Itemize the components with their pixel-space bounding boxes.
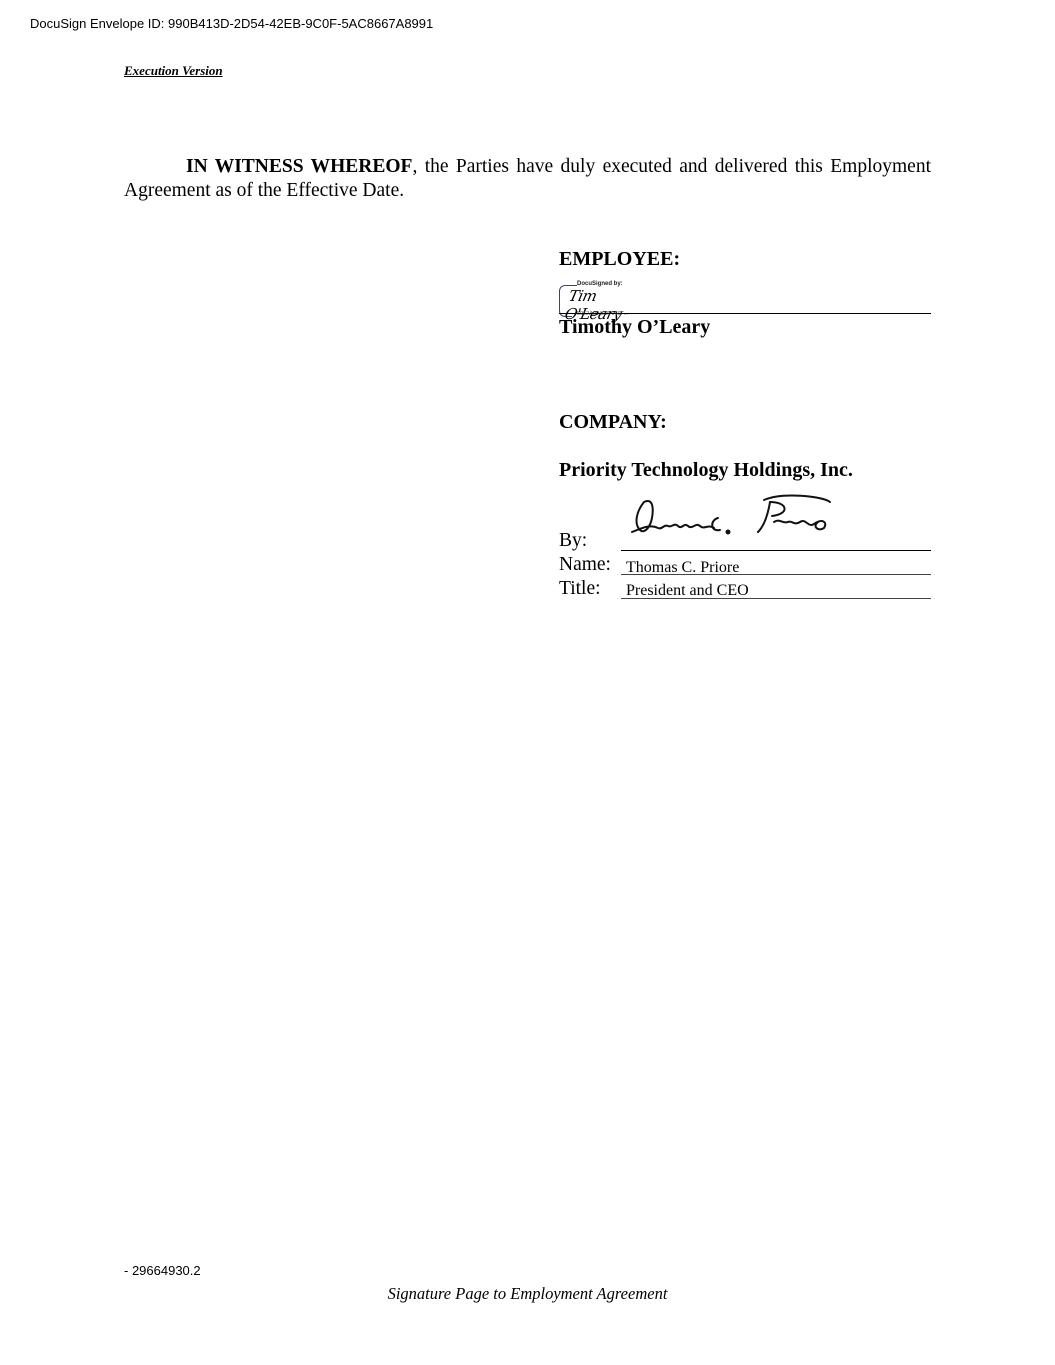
company-signature: Thomas C. Priore bbox=[622, 488, 842, 546]
employee-name: Timothy O’Leary bbox=[559, 316, 710, 339]
witness-paragraph: IN WITNESS WHEREOF, the Parties have dul… bbox=[124, 155, 931, 203]
employee-signature-line bbox=[559, 313, 931, 314]
docusign-rule bbox=[569, 285, 577, 286]
name-line bbox=[621, 574, 931, 575]
name-label: Name: bbox=[559, 554, 611, 576]
company-heading: COMPANY: bbox=[559, 411, 667, 434]
docusign-envelope-id: DocuSign Envelope ID: 990B413D-2D54-42EB… bbox=[30, 16, 433, 31]
company-name: Priority Technology Holdings, Inc. bbox=[559, 459, 853, 482]
employee-heading: EMPLOYEE: bbox=[559, 248, 680, 271]
footer-caption: Signature Page to Employment Agreement bbox=[0, 1284, 1055, 1304]
document-number: - 29664930.2 bbox=[124, 1263, 201, 1278]
title-label: Title: bbox=[559, 578, 601, 600]
by-label: By: bbox=[559, 530, 587, 552]
docusign-stamp: DocuSigned by: Tim O'Leary 5052A90422F04… bbox=[559, 283, 639, 317]
execution-version-label: Execution Version bbox=[124, 63, 223, 79]
witness-lead: IN WITNESS WHEREOF bbox=[186, 156, 412, 177]
title-line bbox=[621, 598, 931, 599]
by-signature-line bbox=[621, 550, 931, 551]
